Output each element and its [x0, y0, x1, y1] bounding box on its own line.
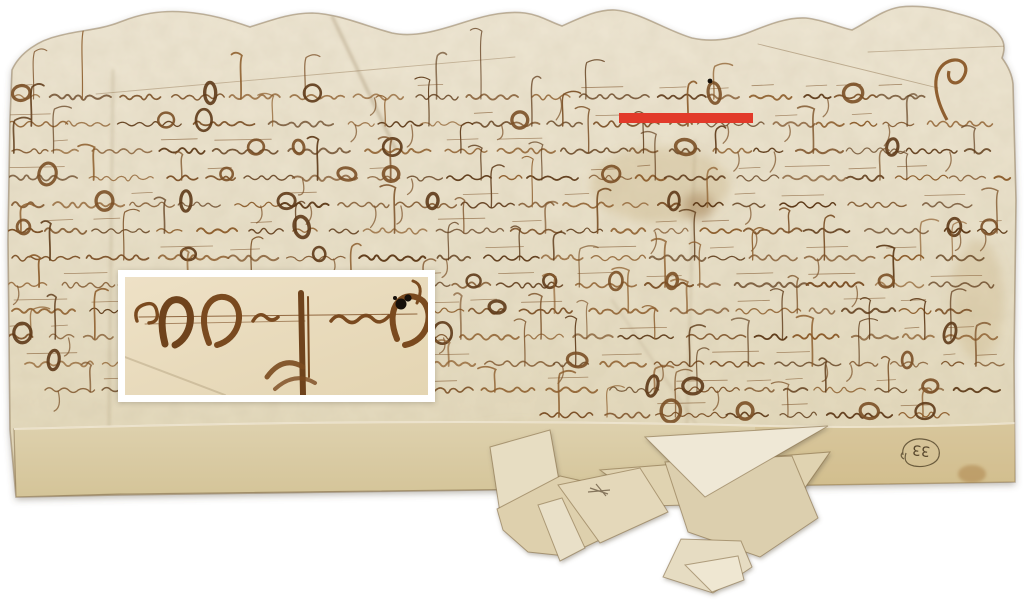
inset-magnified-script: [125, 277, 428, 395]
archival-number: 33: [912, 441, 931, 459]
red-underline-annotation: [619, 113, 753, 123]
plica-stain: [958, 465, 986, 483]
magnifier-inset-box: [118, 270, 435, 402]
manuscript-photograph: 33: [0, 0, 1024, 603]
seal-tail-strips: [490, 426, 830, 593]
ink-fleck: [708, 79, 713, 84]
